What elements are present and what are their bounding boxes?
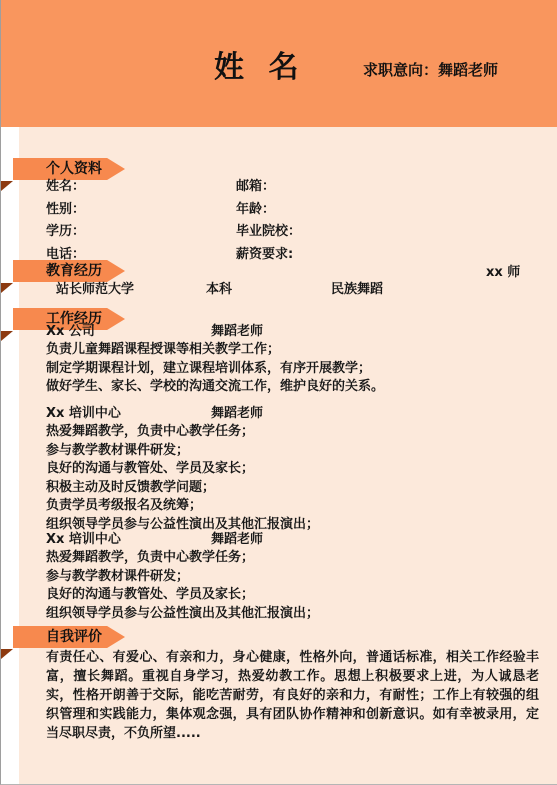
personal-fields-right: 邮箱： 年龄： 毕业院校： 薪资要求: xyxy=(236,176,301,266)
job-duty: 参与教学教材课件研发； xyxy=(46,442,319,461)
job-duty: 热爱舞蹈教学，负责中心教学任务； xyxy=(46,549,319,568)
job-company: Xx 培训中心 xyxy=(46,532,121,547)
self-evaluation-text: 有责任心、有爱心、有亲和力，身心健康，性格外向，普通话标准，相关工作经验丰富，擅… xyxy=(46,648,539,743)
job-duty: 负责儿童舞蹈课程授课等相关教学工作； xyxy=(46,341,384,360)
field-label-gender: 性别： xyxy=(46,199,85,222)
job-duty: 热爱舞蹈教学，负责中心教学任务； xyxy=(46,423,319,442)
section-badge-self-eval: 自我评价 xyxy=(13,626,125,648)
personal-fields-left: 姓名： 性别： 学历： 电话： xyxy=(46,176,85,266)
job-company: Xx 公司 xyxy=(46,324,95,339)
header-banner: 姓 名 求职意向：舞蹈老师 xyxy=(1,0,557,127)
field-label-age: 年龄： xyxy=(236,199,301,222)
job-title-row: Xx 培训中心 舞蹈老师 xyxy=(46,530,319,549)
job-role: 舞蹈老师 xyxy=(211,404,263,423)
job-block-1: Xx 公司 舞蹈老师 负责儿童舞蹈课程授课等相关教学工作； 制定学期课程计划，建… xyxy=(46,322,384,397)
candidate-name: 姓 名 xyxy=(214,42,305,86)
job-company: Xx 培训中心 xyxy=(46,406,121,421)
job-duty: 制定学期课程计划，建立课程培训体系，有序开展教学； xyxy=(46,360,384,379)
job-duty: 参与教学教材课件研发； xyxy=(46,568,319,587)
ribbon-fold-icon xyxy=(1,331,13,341)
job-duty: 积极主动及时反馈教学问题； xyxy=(46,479,319,498)
education-school: 站长师范大学 xyxy=(56,278,134,297)
ribbon-fold-icon xyxy=(1,181,13,191)
field-label-education: 学历： xyxy=(46,221,85,244)
education-major: 民族舞蹈 xyxy=(331,278,383,297)
job-duty: 组织领导学员参与公益性演出及其他汇报演出； xyxy=(46,605,319,624)
field-label-name: 姓名： xyxy=(46,176,85,199)
job-duty: 做好学生、家长、学校的沟通交流工作，维护良好的关系。 xyxy=(46,378,384,397)
job-role: 舞蹈老师 xyxy=(211,530,263,549)
job-block-3: Xx 培训中心 舞蹈老师 热爱舞蹈教学，负责中心教学任务； 参与教学教材课件研发… xyxy=(46,530,319,623)
job-duty: 良好的沟通与教管处、学员及家长； xyxy=(46,586,319,605)
job-title-row: Xx 培训中心 舞蹈老师 xyxy=(46,404,319,423)
field-label-school: 毕业院校： xyxy=(236,221,301,244)
job-duty: 负责学员考级报名及统筹； xyxy=(46,497,319,516)
job-role: 舞蹈老师 xyxy=(211,322,263,341)
field-label-salary: 薪资要求: xyxy=(236,244,301,267)
ribbon-fold-icon xyxy=(1,649,13,659)
job-intent: 求职意向：舞蹈老师 xyxy=(363,59,498,80)
field-label-email: 邮箱： xyxy=(236,176,301,199)
education-degree: 本科 xyxy=(206,278,232,297)
job-block-2: Xx 培训中心 舞蹈老师 热爱舞蹈教学，负责中心教学任务； 参与教学教材课件研发… xyxy=(46,404,319,535)
job-duty: 良好的沟通与教管处、学员及家长； xyxy=(46,460,319,479)
resume-page: 姓 名 求职意向：舞蹈老师 个人资料 姓名： 性别： 学历： 电话： 邮箱： 年… xyxy=(0,0,557,785)
education-right-note: xx 师 xyxy=(486,261,520,280)
ribbon-fold-icon xyxy=(1,283,13,293)
job-title-row: Xx 公司 舞蹈老师 xyxy=(46,322,384,341)
